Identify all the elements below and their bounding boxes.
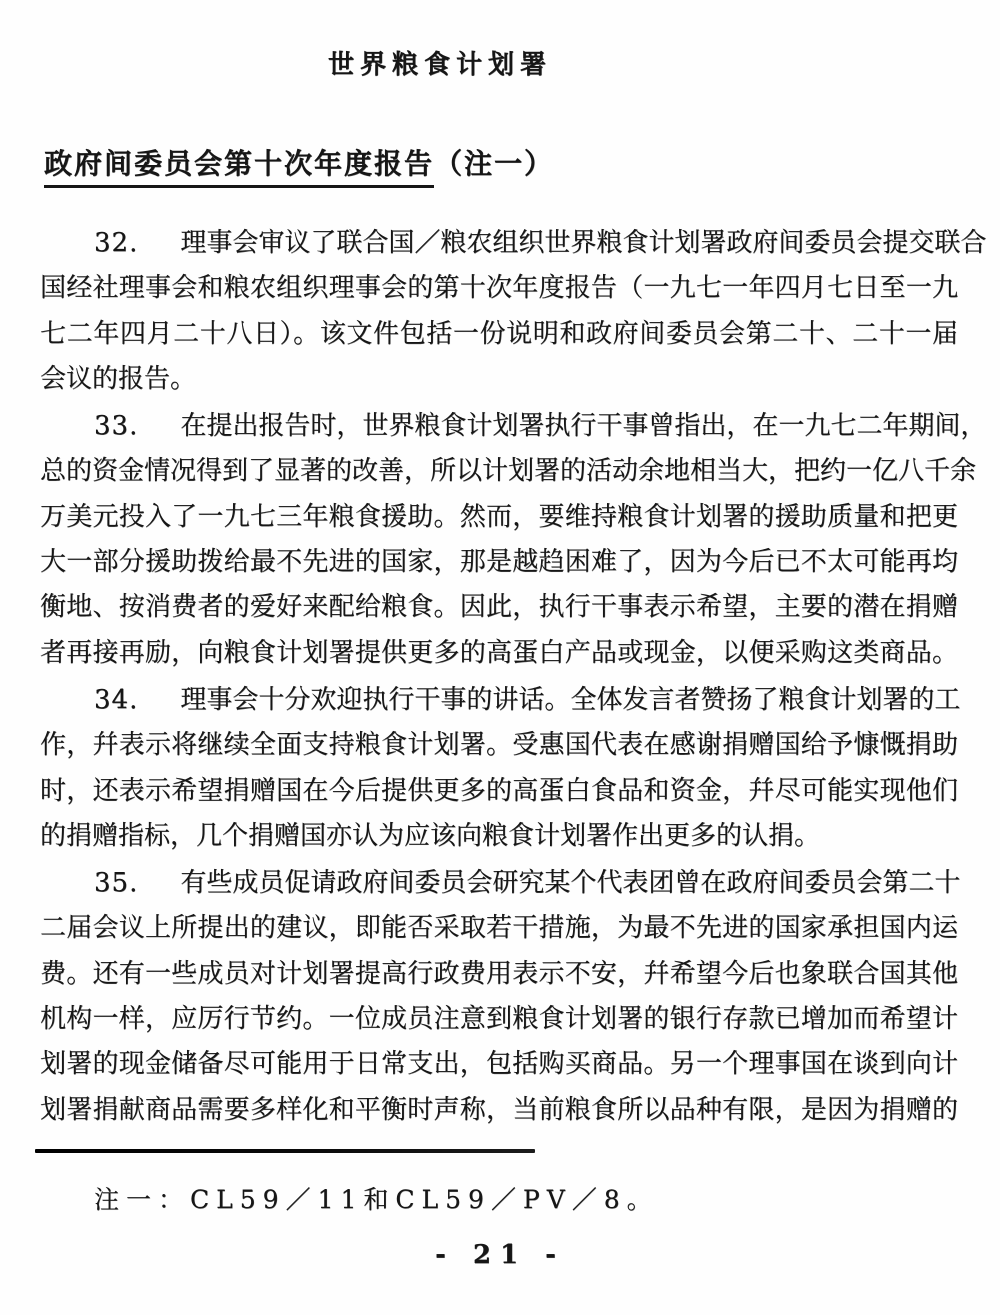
body-line: 35.有些成员促请政府间委员会研究某个代表团曾在政府间委员会第二十 xyxy=(40,861,958,906)
document-body: 32.理事会审议了联合国／粮农组织世界粮食计划署政府间委员会提交联合 国经社理事… xyxy=(40,221,958,1133)
body-line: 的捐赠指标，几个捐赠国亦认为应该向粮食计划署作出更多的认捐。 xyxy=(40,814,958,859)
line-text: 在提出报告时，世界粮食计划署执行干事曾指出，在一九七二年期间， xyxy=(180,411,986,441)
body-line: 大一部分援助拨给最不先进的国家，那是越趋困难了，因为今后已不太可能再均 xyxy=(40,540,958,585)
body-line: 32.理事会审议了联合国／粮农组织世界粮食计划署政府间委员会提交联合 xyxy=(40,221,958,266)
body-line: 七二年四月二十八日）。该文件包括一份说明和政府间委员会第二十、二十一届 xyxy=(40,312,958,357)
footnote: 注一：CL59／11和CL59／PV／8。 xyxy=(94,1180,659,1216)
paragraph-number: 33. xyxy=(94,411,138,441)
body-line: 划署的现金储备尽可能用于日常支出，包括购买商品。另一个理事国在谈到向计 xyxy=(40,1042,958,1087)
paragraph-35: 35.有些成员促请政府间委员会研究某个代表团曾在政府间委员会第二十 二届会议上所… xyxy=(40,861,958,1133)
section-heading-suffix: （注一） xyxy=(434,147,554,180)
body-line: 33.在提出报告时，世界粮食计划署执行干事曾指出，在一九七二年期间， xyxy=(40,404,958,449)
body-line: 机构一样，应厉行节约。一位成员注意到粮食计划署的银行存款已增加而希望计 xyxy=(40,997,958,1042)
line-text: 理事会审议了联合国／粮农组织世界粮食计划署政府间委员会提交联合 xyxy=(180,228,986,258)
body-line: 二届会议上所提出的建议，即能否采取若干措施，为最不先进的国家承担国内运 xyxy=(40,906,958,951)
document-page: 世界粮食计划署 政府间委员会第十次年度报告（注一） 32.理事会审议了联合国／粮… xyxy=(0,0,1000,1315)
body-line: 总的资金情况得到了显著的改善，所以计划署的活动余地相当大，把约一亿八千余 xyxy=(40,449,958,494)
paragraph-32: 32.理事会审议了联合国／粮农组织世界粮食计划署政府间委员会提交联合 国经社理事… xyxy=(40,221,958,402)
paragraph-number: 35. xyxy=(94,868,138,898)
paragraph-34: 34.理事会十分欢迎执行干事的讲话。全体发言者赞扬了粮食计划署的工 作，幷表示将… xyxy=(40,678,958,859)
line-text: 有些成员促请政府间委员会研究某个代表团曾在政府间委员会第二十 xyxy=(180,868,960,898)
body-line: 34.理事会十分欢迎执行干事的讲话。全体发言者赞扬了粮食计划署的工 xyxy=(40,678,958,723)
doc-title: 世界粮食计划署 xyxy=(328,44,552,81)
section-heading-underlined: 政府间委员会第十次年度报告 xyxy=(44,147,434,188)
body-line: 会议的报告。 xyxy=(40,357,958,402)
body-line: 衡地、按消费者的爱好来配给粮食。因此，执行干事表示希望，主要的潜在捐赠 xyxy=(40,585,958,630)
body-line: 者再接再励，向粮食计划署提供更多的高蛋白产品或现金，以便采购这类商品。 xyxy=(40,631,958,676)
paragraph-33: 33.在提出报告时，世界粮食计划署执行干事曾指出，在一九七二年期间， 总的资金情… xyxy=(40,404,958,676)
section-heading: 政府间委员会第十次年度报告（注一） xyxy=(44,142,554,182)
footnote-rule xyxy=(35,1149,535,1153)
body-line: 时，还表示希望捐赠国在今后提供更多的高蛋白食品和资金，幷尽可能实现他们 xyxy=(40,769,958,814)
body-line: 万美元投入了一九七三年粮食援助。然而，要维持粮食计划署的援助质量和把更 xyxy=(40,495,958,540)
page-number: - 21 - xyxy=(0,1240,1000,1270)
paragraph-number: 32. xyxy=(94,228,138,258)
body-line: 划署捐献商品需要多样化和平衡时声称，当前粮食所以品种有限，是因为捐赠的 xyxy=(40,1088,958,1133)
body-line: 费。还有一些成员对计划署提高行政费用表示不安，幷希望今后也象联合国其他 xyxy=(40,952,958,997)
body-line: 国经社理事会和粮农组织理事会的第十次年度报告（一九七一年四月七日至一九 xyxy=(40,266,958,311)
paragraph-number: 34. xyxy=(94,685,138,715)
line-text: 理事会十分欢迎执行干事的讲话。全体发言者赞扬了粮食计划署的工 xyxy=(180,685,960,715)
body-line: 作，幷表示将继续全面支持粮食计划署。受惠国代表在感谢捐赠国给予慷慨捐助 xyxy=(40,723,958,768)
